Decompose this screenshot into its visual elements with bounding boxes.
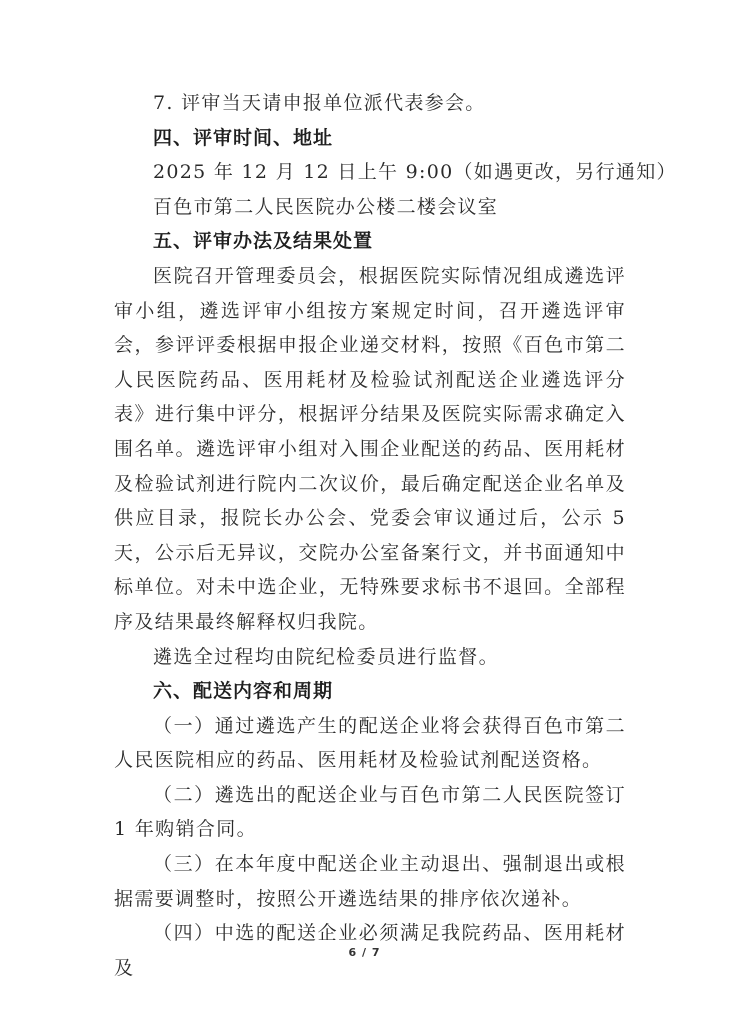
- section6-item-3: （三）在本年度中配送企业主动退出、强制退出或根据需要调整时，按照公开遴选结果的排…: [114, 847, 626, 916]
- section-heading-4: 四、评审时间、地址: [114, 121, 626, 156]
- section6-item-2: （二）遴选出的配送企业与百色市第二人民医院签订 1 年购销合同。: [114, 778, 626, 847]
- document-page: 7. 评审当天请申报单位派代表参会。 四、评审时间、地址 2025 年 12 月…: [114, 86, 626, 985]
- review-date-line: 2025 年 12 月 12 日上午 9:00（如遇更改，另行通知）: [114, 155, 626, 190]
- list-item-7: 7. 评审当天请申报单位派代表参会。: [114, 86, 626, 121]
- section-heading-6: 六、配送内容和周期: [114, 674, 626, 709]
- supervision-paragraph: 遴选全过程均由院纪检委员进行监督。: [114, 640, 626, 675]
- section-heading-5: 五、评审办法及结果处置: [114, 224, 626, 259]
- section6-item-1: （一）通过遴选产生的配送企业将会获得百色市第二人民医院相应的药品、医用耗材及检验…: [114, 709, 626, 778]
- evaluation-method-paragraph: 医院召开管理委员会，根据医院实际情况组成遴选评审小组，遴选评审小组按方案规定时间…: [114, 259, 626, 640]
- page-number: 6 / 7: [0, 946, 729, 959]
- review-location-line: 百色市第二人民医院办公楼二楼会议室: [114, 190, 626, 225]
